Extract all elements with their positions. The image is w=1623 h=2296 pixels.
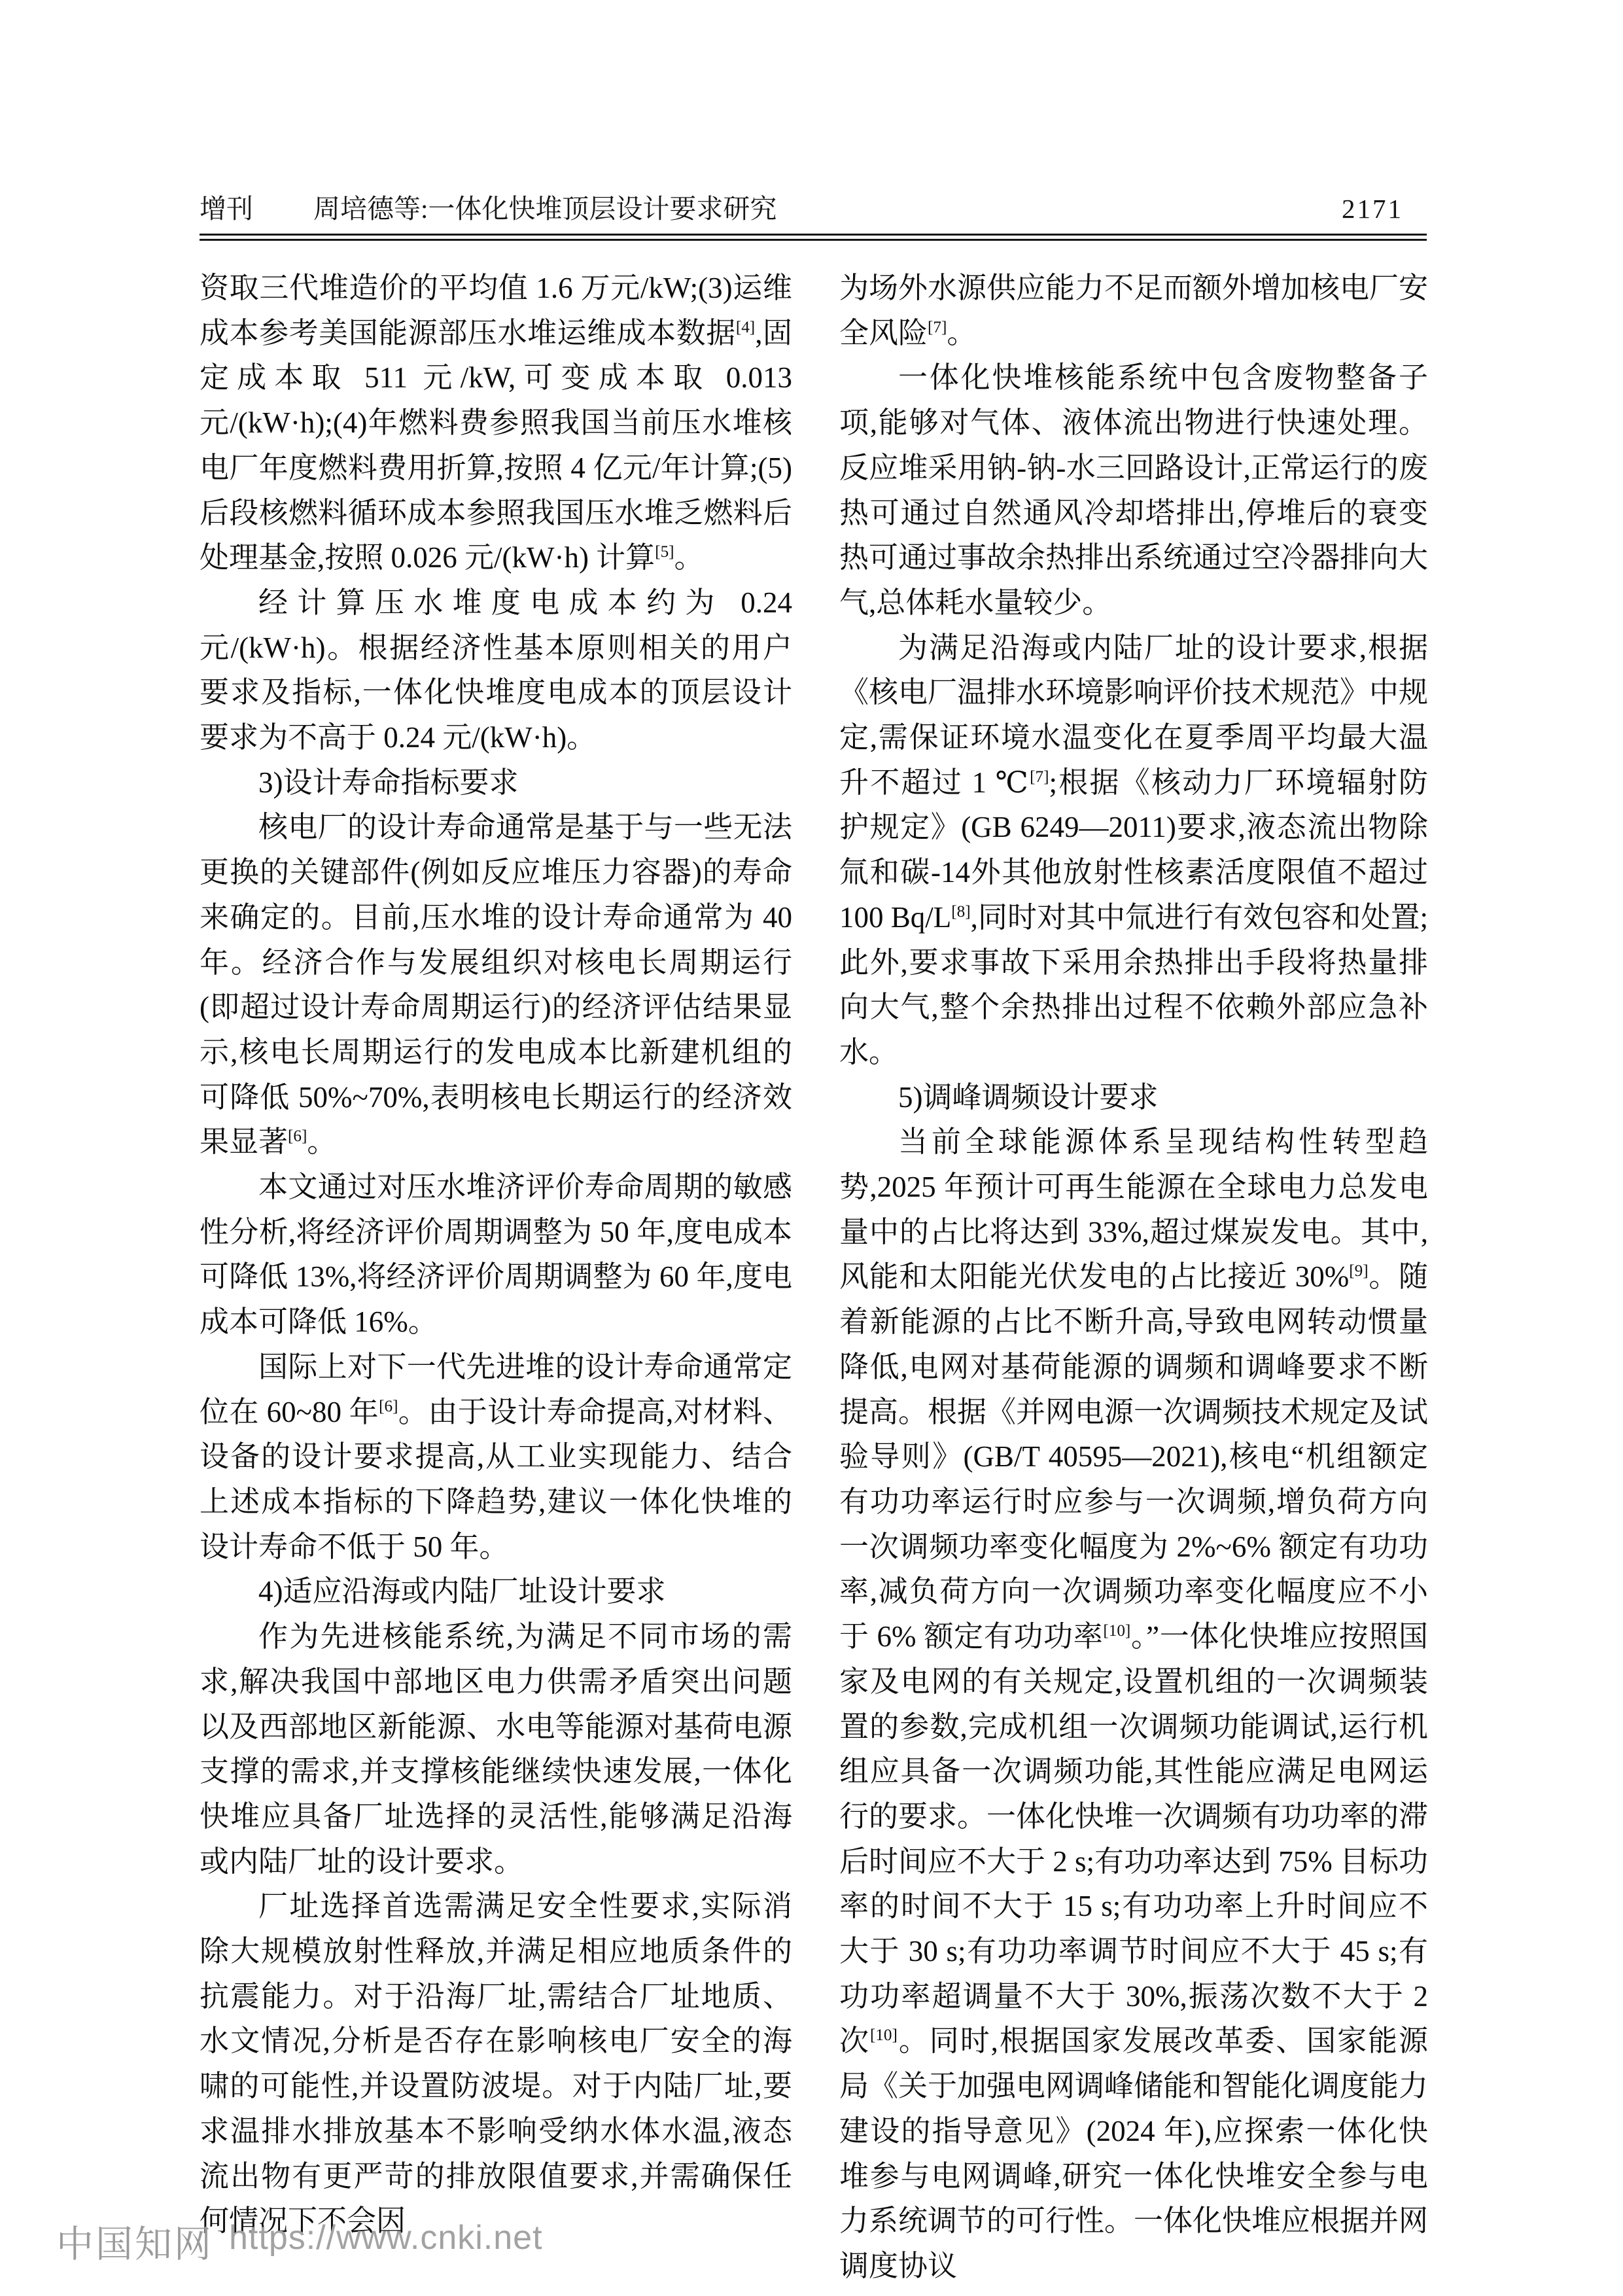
scanned-paper-page: 增刊 周培德等:一体化快堆顶层设计要求研究 2171 资取三代堆造价的平均值 1… [0,0,1623,2296]
running-title: 周培德等:一体化快堆顶层设计要求研究 [313,187,777,226]
right-column: 为场外水源供应能力不足而额外增加核电厂安全风险[7]。 一体化快堆核能系统中包含… [839,266,1428,2289]
paragraph: 为场外水源供应能力不足而额外增加核电厂安全风险[7]。 [839,266,1428,355]
paragraph: 资取三代堆造价的平均值 1.6 万元/kW;(3)运维成本参考美国能源部压水堆运… [200,266,792,580]
paragraph: 核电厂的设计寿命通常是基于与一些无法更换的关键部件(例如反应堆压力容器)的寿命来… [200,805,792,1165]
left-column: 资取三代堆造价的平均值 1.6 万元/kW;(3)运维成本参考美国能源部压水堆运… [200,266,792,2289]
body-columns: 资取三代堆造价的平均值 1.6 万元/kW;(3)运维成本参考美国能源部压水堆运… [200,266,1428,2289]
paragraph: 国际上对下一代先进堆的设计寿命通常定位在 60~80 年[6]。由于设计寿命提高… [200,1345,792,1570]
paragraph: 本文通过对压水堆济评价寿命周期的敏感性分析,将经济评价周期调整为 50 年,度电… [200,1165,792,1345]
cnki-logo-text: 中国知网 [56,2214,213,2268]
header-rule [200,234,1427,241]
section-heading: 3)设计寿命指标要求 [200,760,792,805]
page-number: 2171 [1342,193,1427,224]
paragraph: 经计算压水堆度电成本约为 0.24 元/(kW·h)。根据经济性基本原则相关的用… [200,580,792,760]
paragraph: 作为先进核能系统,为满足不同市场的需求,解决我国中部地区电力供需矛盾突出问题以及… [200,1614,792,1884]
page-header: 增刊 周培德等:一体化快堆顶层设计要求研究 2171 [200,187,1427,226]
section-heading: 5)调峰调频设计要求 [839,1075,1428,1120]
cnki-url: https://www.cnki.net [229,2218,543,2257]
paragraph: 一体化快堆核能系统中包含废物整备子项,能够对气体、液体流出物进行快速处理。反应堆… [839,355,1428,625]
paragraph: 当前全球能源体系呈现结构性转型趋势,2025 年预计可再生能源在全球电力总发电量… [839,1120,1428,2288]
section-heading: 4)适应沿海或内陆厂址设计要求 [200,1569,792,1614]
issue-label: 增刊 [200,187,253,226]
paragraph: 为满足沿海或内陆厂址的设计要求,根据《核电厂温排水环境影响评价技术规范》中规定,… [839,626,1428,1075]
paragraph: 厂址选择首选需满足安全性要求,实际消除大规模放射性释放,并满足相应地质条件的抗震… [200,1884,792,2244]
